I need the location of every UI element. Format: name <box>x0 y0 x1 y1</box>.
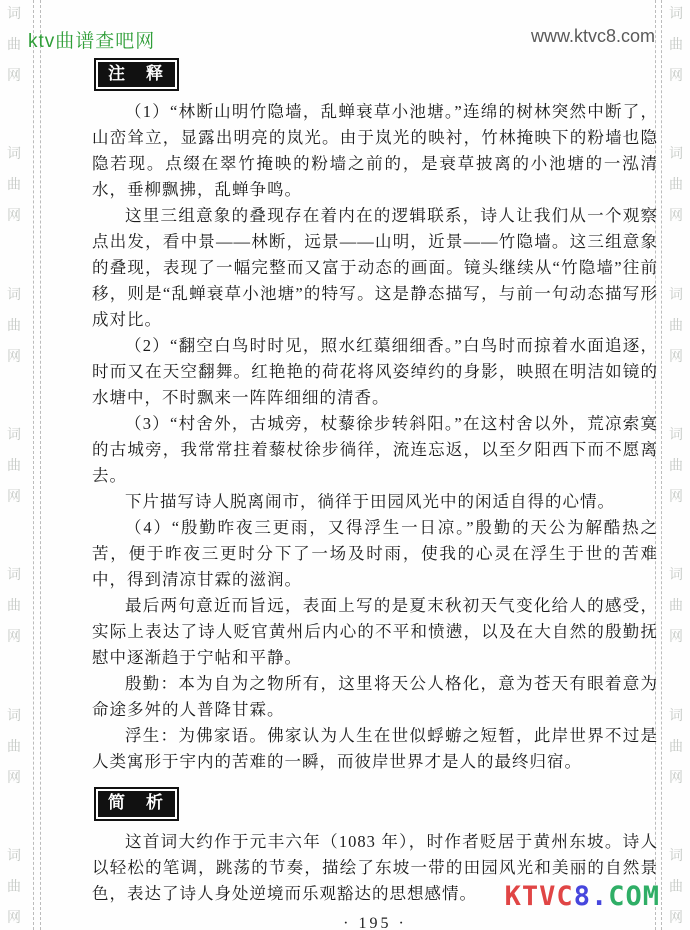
side-watermark-char: 曲 <box>665 458 687 472</box>
left-side-watermark: 词曲网词曲网词曲网词曲网词曲网词曲网词曲网 <box>3 0 25 930</box>
side-watermark-group: 词曲网 <box>3 708 25 784</box>
side-watermark-char: 曲 <box>3 598 25 612</box>
side-watermark-char: 词 <box>665 427 687 441</box>
side-watermark-group: 词曲网 <box>3 567 25 643</box>
side-watermark-group: 词曲网 <box>665 287 687 363</box>
site-logo-link[interactable]: ktv曲谱查吧网 <box>28 26 155 53</box>
paragraph: （1）“林断山明竹隐墙，乱蝉衰草小池塘。”连绵的树林突然中断了，山峦耸立，显露出… <box>92 99 658 203</box>
side-watermark-char: 网 <box>3 910 25 924</box>
side-watermark-char: 网 <box>665 910 687 924</box>
right-dashed-border <box>661 0 662 930</box>
side-watermark-char: 词 <box>665 146 687 160</box>
side-watermark-char: 词 <box>3 848 25 862</box>
side-watermark-char: 网 <box>665 629 687 643</box>
analysis-section-title-box: 简 析 <box>94 787 179 820</box>
paragraph: 殷勤：本为自为之物所有，这里将天公人格化，意为苍天有眼着意为命途多舛的人普降甘霖… <box>92 671 658 723</box>
side-watermark-group: 词曲网 <box>3 146 25 222</box>
side-watermark-char: 网 <box>3 629 25 643</box>
side-watermark-char: 曲 <box>665 598 687 612</box>
paragraph: （3）“村舍外，古城旁，杖藜徐步转斜阳。”在这村舍以外，荒凉索寞的古城旁，我常常… <box>92 411 658 489</box>
scanned-page-content: 注 释 （1）“林断山明竹隐墙，乱蝉衰草小池塘。”连绵的树林突然中断了，山峦耸立… <box>92 58 658 930</box>
analysis-section-title: 简 析 <box>98 791 175 816</box>
side-watermark-char: 词 <box>665 567 687 581</box>
side-watermark-char: 曲 <box>665 739 687 753</box>
side-watermark-char: 词 <box>665 287 687 301</box>
side-watermark-char: 网 <box>665 489 687 503</box>
paragraph: 最后两句意近而旨远，表面上写的是夏末秋初天气变化给人的感受，实际上表达了诗人贬官… <box>92 593 658 671</box>
side-watermark-char: 曲 <box>3 37 25 51</box>
side-watermark-char: 网 <box>3 68 25 82</box>
side-watermark-char: 网 <box>665 68 687 82</box>
notes-paragraphs: （1）“林断山明竹隐墙，乱蝉衰草小池塘。”连绵的树林突然中断了，山峦耸立，显露出… <box>92 99 658 775</box>
side-watermark-char: 曲 <box>3 739 25 753</box>
side-watermark-char: 曲 <box>3 879 25 893</box>
footer-watermark-part: . <box>591 881 608 912</box>
side-watermark-char: 曲 <box>3 318 25 332</box>
side-watermark-char: 词 <box>3 708 25 722</box>
side-watermark-group: 词曲网 <box>665 567 687 643</box>
right-side-watermark: 词曲网词曲网词曲网词曲网词曲网词曲网词曲网 <box>665 0 687 930</box>
footer-watermark-part: 8 <box>574 881 591 912</box>
side-watermark-char: 曲 <box>665 177 687 191</box>
side-watermark-char: 网 <box>3 770 25 784</box>
paragraph: （2）“翻空白鸟时时见，照水红蕖细细香。”白鸟时而掠着水面追逐，时而又在天空翻舞… <box>92 333 658 411</box>
paragraph: （4）“殷勤昨夜三更雨，又得浮生一日凉。”殷勤的天公为解酷热之苦，便于昨夜三更时… <box>92 515 658 593</box>
page-number: · 195 · <box>92 915 658 930</box>
paragraph: 下片描写诗人脱离闹市，徜徉于田园风光中的闲适自得的心情。 <box>92 489 658 515</box>
paragraph: 这里三组意象的叠现存在着内在的逻辑联系，诗人让我们从一个观察点出发，看中景——林… <box>92 203 658 333</box>
side-watermark-char: 曲 <box>3 177 25 191</box>
footer-watermark: KTVC8.COM <box>505 883 660 910</box>
side-watermark-char: 网 <box>3 208 25 222</box>
side-watermark-char: 词 <box>665 848 687 862</box>
side-watermark-group: 词曲网 <box>3 6 25 82</box>
side-watermark-char: 网 <box>665 770 687 784</box>
footer-watermark-part: COM <box>608 881 660 912</box>
paragraph: 浮生：为佛家语。佛家认为人生在世似蜉蝣之短暂，此岸世界不过是人类寓形于宇内的苦难… <box>92 723 658 775</box>
side-watermark-char: 词 <box>3 427 25 441</box>
side-watermark-char: 曲 <box>3 458 25 472</box>
side-watermark-char: 网 <box>3 489 25 503</box>
footer-watermark-part: KTVC <box>505 881 574 912</box>
side-watermark-char: 词 <box>3 287 25 301</box>
side-watermark-char: 曲 <box>665 318 687 332</box>
site-url-text: www.ktvc8.com <box>531 26 655 47</box>
side-watermark-group: 词曲网 <box>665 708 687 784</box>
side-watermark-group: 词曲网 <box>665 6 687 82</box>
side-watermark-group: 词曲网 <box>665 146 687 222</box>
left-dashed-border <box>33 0 34 930</box>
side-watermark-char: 词 <box>3 6 25 20</box>
side-watermark-char: 词 <box>665 6 687 20</box>
side-watermark-char: 词 <box>665 708 687 722</box>
notes-section-title-box: 注 释 <box>94 58 179 91</box>
side-watermark-char: 网 <box>665 349 687 363</box>
side-watermark-char: 网 <box>665 208 687 222</box>
side-watermark-group: 词曲网 <box>665 848 687 924</box>
side-watermark-char: 曲 <box>665 879 687 893</box>
side-watermark-char: 词 <box>3 567 25 581</box>
side-watermark-group: 词曲网 <box>665 427 687 503</box>
side-watermark-group: 词曲网 <box>3 427 25 503</box>
side-watermark-group: 词曲网 <box>3 848 25 924</box>
notes-section-title: 注 释 <box>98 62 175 87</box>
left-dashed-border-inner <box>40 0 41 930</box>
side-watermark-char: 网 <box>3 349 25 363</box>
side-watermark-group: 词曲网 <box>3 287 25 363</box>
side-watermark-char: 词 <box>3 146 25 160</box>
side-watermark-char: 曲 <box>665 37 687 51</box>
